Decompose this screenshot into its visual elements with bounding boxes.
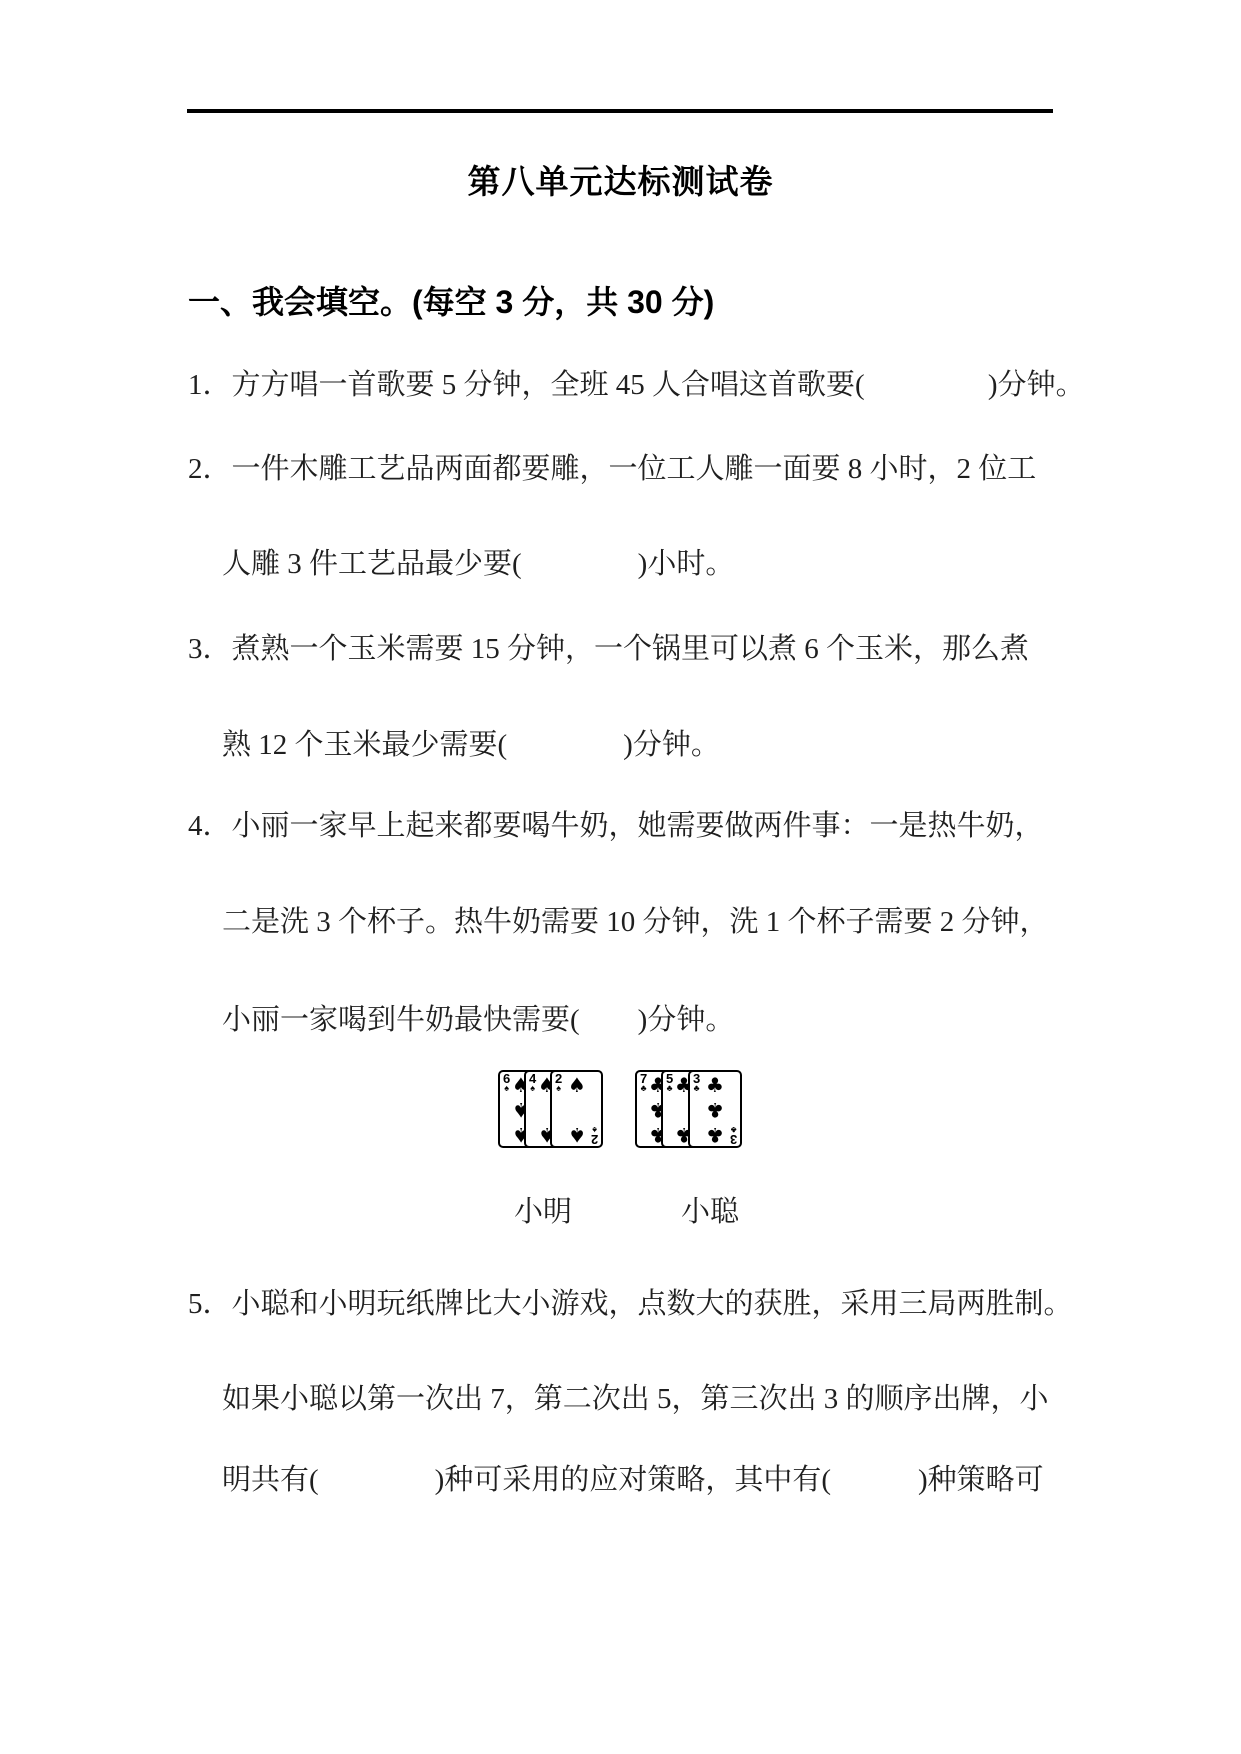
xiaocong-cards-figure: 7♣ ♣ ♣ ♣ 5♣ ♣ ♣ 3♣ ♣ ♣ ♣ 3♣ bbox=[635, 1070, 742, 1148]
question-2-line-1: 2．一件木雕工艺品两面都要雕，一位工人雕一面要 8 小时，2 位工 bbox=[188, 450, 1036, 488]
header-rule bbox=[187, 109, 1053, 113]
spade-icon: ♠ bbox=[556, 1084, 561, 1092]
question-5-line-2: 如果小聪以第一次出 7，第二次出 5，第三次出 3 的顺序出牌，小 bbox=[222, 1380, 1049, 1418]
club-icon: ♣ bbox=[694, 1084, 700, 1092]
question-5-line-1: 5．小聪和小明玩纸牌比大小游戏，点数大的获胜，采用三局两胜制。 bbox=[188, 1285, 1073, 1323]
card-index: 2♠ bbox=[555, 1073, 562, 1092]
question-3-line-2: 熟 12 个玉米最少需要( )分钟。 bbox=[222, 726, 720, 764]
question-4-line-2: 二是洗 3 个杯子。热牛奶需要 10 分钟，洗 1 个杯子需要 2 分钟， bbox=[222, 903, 1049, 941]
card-2-spades: 2♠ ♠ ♠ 2♠ bbox=[550, 1070, 603, 1148]
card-index: 4♠ bbox=[529, 1073, 536, 1092]
question-3-line-1: 3．煮熟一个玉米需要 15 分钟，一个锅里可以煮 6 个玉米，那么煮 bbox=[188, 630, 1029, 668]
spade-icon: ♠ bbox=[568, 1125, 586, 1145]
club-icon: ♣ bbox=[706, 1075, 724, 1095]
club-icon: ♣ bbox=[706, 1100, 724, 1120]
club-icon: ♣ bbox=[667, 1084, 673, 1092]
question-4-line-1: 4．小丽一家早上起来都要喝牛奶，她需要做两件事：一是热牛奶， bbox=[188, 807, 1044, 845]
card-index: 6♠ bbox=[503, 1073, 510, 1092]
card-index: 3♣ bbox=[730, 1126, 737, 1145]
spade-icon: ♠ bbox=[504, 1084, 509, 1092]
page-title: 第八单元达标测试卷 bbox=[0, 164, 1241, 200]
card-index: 2♠ bbox=[591, 1126, 598, 1145]
figure-label-xiaoming: 小明 bbox=[514, 1195, 572, 1229]
card-3-clubs: 3♣ ♣ ♣ ♣ 3♣ bbox=[688, 1070, 742, 1148]
test-paper-page: 第八单元达标测试卷 一、我会填空。(每空 3 分，共 30 分) 1．方方唱一首… bbox=[0, 0, 1241, 1754]
question-1-line-1: 1．方方唱一首歌要 5 分钟，全班 45 人合唱这首歌要( )分钟。 bbox=[188, 366, 1085, 404]
section-1-heading: 一、我会填空。(每空 3 分，共 30 分) bbox=[188, 283, 714, 321]
club-icon: ♣ bbox=[730, 1126, 736, 1134]
card-index: 3♣ bbox=[693, 1073, 700, 1092]
xiaoming-cards-figure: 6♠ ♠ ♠ ♠ 4♠ ♠ ♠ 2♠ ♠ ♠ 2♠ bbox=[498, 1070, 603, 1148]
question-2-line-2: 人雕 3 件工艺品最少要( )小时。 bbox=[222, 545, 734, 583]
club-icon: ♣ bbox=[641, 1084, 647, 1092]
question-4-line-3: 小丽一家喝到牛奶最快需要( )分钟。 bbox=[222, 1001, 734, 1039]
figure-label-xiaocong: 小聪 bbox=[681, 1195, 739, 1229]
question-5-line-3: 明共有( )种可采用的应对策略，其中有( )种策略可 bbox=[222, 1461, 1044, 1499]
spade-icon: ♠ bbox=[568, 1075, 586, 1095]
spade-icon: ♠ bbox=[530, 1084, 535, 1092]
spade-icon: ♠ bbox=[592, 1126, 597, 1134]
club-icon: ♣ bbox=[706, 1125, 724, 1145]
card-index: 5♣ bbox=[666, 1073, 673, 1092]
card-index: 7♣ bbox=[640, 1073, 647, 1092]
